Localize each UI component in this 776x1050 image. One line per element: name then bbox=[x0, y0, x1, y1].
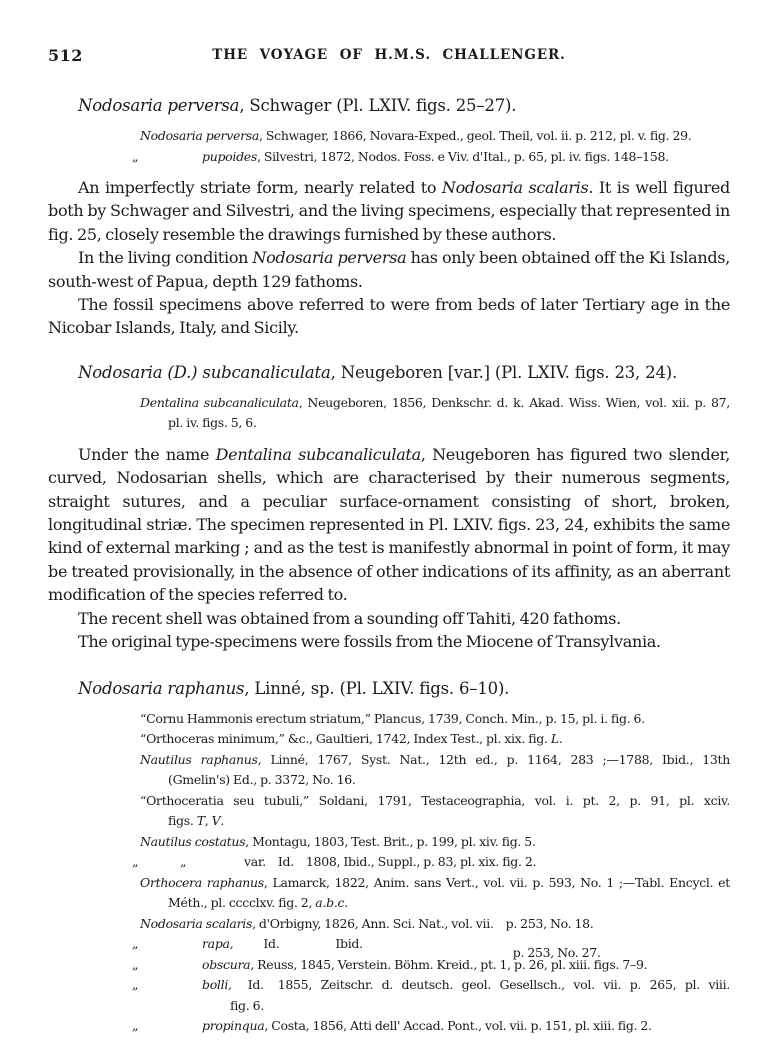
paragraph: Under the name Dentalina subcanaliculata… bbox=[48, 443, 730, 607]
citation-line: “Cornu Hammonis erectum striatum,” Planc… bbox=[140, 709, 730, 730]
section-nodosaria-subcanaliculata: Nodosaria (D.) subcanaliculata, Neugebor… bbox=[48, 362, 730, 654]
species-heading: Nodosaria (D.) subcanaliculata, Neugebor… bbox=[78, 362, 730, 384]
citation-line: Nautilus costatus, Montagu, 1803, Test. … bbox=[140, 832, 730, 853]
paragraph: The fossil specimens above referred to w… bbox=[48, 293, 730, 340]
citation-line: pl. iv. figs. 5, 6. bbox=[140, 413, 730, 434]
paragraph: The recent shell was obtained from a sou… bbox=[48, 607, 730, 630]
citation-line: „propinqua, Costa, 1856, Atti dell' Acca… bbox=[140, 1016, 730, 1037]
synonymy-list: Dentalina subcanaliculata, Neugeboren, 1… bbox=[140, 393, 730, 434]
synonymy-list: “Cornu Hammonis erectum striatum,” Planc… bbox=[140, 709, 730, 1037]
book-page: 512 THE VOYAGE OF H.M.S. CHALLENGER. Nod… bbox=[0, 0, 776, 1050]
synonymy-list: Nodosaria perversa, Schwager, 1866, Nova… bbox=[140, 126, 730, 167]
paragraph: In the living condition Nodosaria perver… bbox=[48, 246, 730, 293]
species-heading: Nodosaria perversa, Schwager (Pl. LXIV. … bbox=[78, 95, 730, 117]
section-nodosaria-perversa: Nodosaria perversa, Schwager (Pl. LXIV. … bbox=[48, 95, 730, 340]
citation-line: Nodosaria perversa, Schwager, 1866, Nova… bbox=[140, 126, 730, 147]
citation-line: „pupoides, Silvestri, 1872, Nodos. Foss.… bbox=[140, 147, 730, 168]
citation-line: Nautilus raphanus, Linné, 1767, Syst. Na… bbox=[140, 750, 730, 771]
citation-line: fig. 6. bbox=[140, 996, 730, 1017]
paragraph: An imperfectly striate form, nearly rela… bbox=[48, 176, 730, 246]
citation-line: “Orthoceratia seu tubuli,” Soldani, 1791… bbox=[140, 791, 730, 812]
citation-line: Nodosaria scalaris, d'Orbigny, 1826, Ann… bbox=[140, 914, 730, 935]
citation-line: Méth., pl. cccclxv. fig. 2, a.b.c. bbox=[140, 893, 730, 914]
section-nodosaria-raphanus: Nodosaria raphanus, Linné, sp. (Pl. LXIV… bbox=[48, 678, 730, 1037]
citation-line: Orthocera raphanus, Lamarck, 1822, Anim.… bbox=[140, 873, 730, 894]
citation-line: „„var.Id.1808, Ibid., Suppl., p. 83, pl.… bbox=[140, 852, 730, 873]
running-title: THE VOYAGE OF H.M.S. CHALLENGER. bbox=[212, 47, 566, 63]
page-number: 512 bbox=[48, 46, 83, 65]
species-heading: Nodosaria raphanus, Linné, sp. (Pl. LXIV… bbox=[78, 678, 730, 700]
paragraph: The original type-specimens were fossils… bbox=[48, 630, 730, 653]
citation-line: figs. T, V. bbox=[140, 811, 730, 832]
citation-line: „rapa,Id.Ibid.p. 253, No. 27. bbox=[140, 934, 730, 955]
citation-line: „bolli,Id.1855, Zeitschr. d. deutsch. ge… bbox=[140, 975, 730, 996]
page-header: 512 THE VOYAGE OF H.M.S. CHALLENGER. bbox=[48, 46, 730, 64]
citation-line: (Gmelin's) Ed., p. 3372, No. 16. bbox=[140, 770, 730, 791]
citation-line: “Orthoceras minimum,” &c., Gaultieri, 17… bbox=[140, 729, 730, 750]
citation-line: „obscura, Reuss, 1845, Verstein. Böhm. K… bbox=[140, 955, 730, 976]
citation-line: Dentalina subcanaliculata, Neugeboren, 1… bbox=[140, 393, 730, 414]
